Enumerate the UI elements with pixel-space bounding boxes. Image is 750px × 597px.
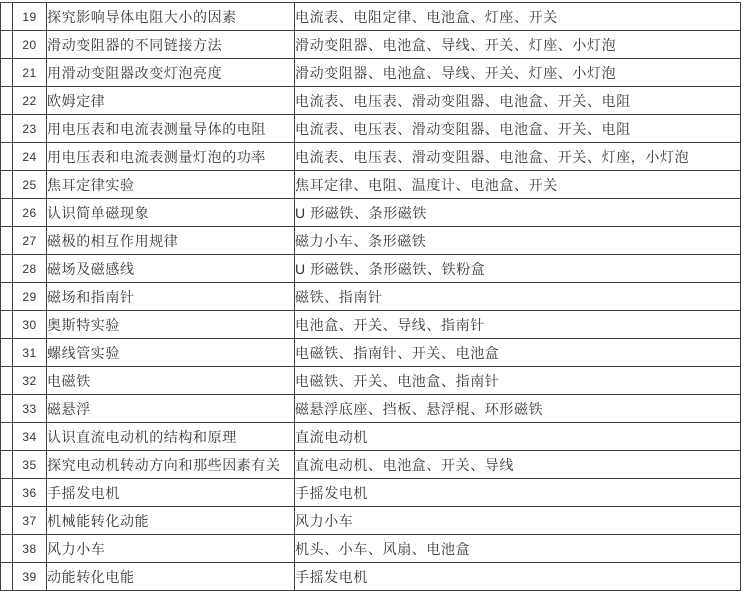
table-row: 28磁场及磁感线U 形磁铁、条形磁铁、铁粉盒 (1, 255, 741, 283)
equipment-list-cell: 磁铁、指南针 (295, 283, 741, 311)
equipment-list-cell: U 形磁铁、条形磁铁、铁粉盒 (295, 255, 741, 283)
experiment-name-cell: 风力小车 (47, 535, 295, 563)
row-number-cell: 29 (13, 283, 47, 311)
table-row: 20滑动变阻器的不同链接方法滑动变阻器、电池盒、导线、开关、灯座、小灯泡 (1, 31, 741, 59)
table-row: 23用电压表和电流表测量导体的电阻电流表、电压表、滑动变阻器、电池盒、开关、电阻 (1, 115, 741, 143)
row-number-cell: 23 (13, 115, 47, 143)
row-number-cell: 26 (13, 199, 47, 227)
table-row: 19探究影响导体电阻大小的因素电流表、电阻定律、电池盒、灯座、开关 (1, 3, 741, 31)
equipment-list-cell: 电磁铁、开关、电池盒、指南针 (295, 367, 741, 395)
equipment-list-cell: 滑动变阻器、电池盒、导线、开关、灯座、小灯泡 (295, 31, 741, 59)
experiment-name-cell: 焦耳定律实验 (47, 171, 295, 199)
equipment-list-cell: 焦耳定律、电阻、温度计、电池盒、开关 (295, 171, 741, 199)
experiment-name-cell: 磁场和指南针 (47, 283, 295, 311)
row-number-cell: 20 (13, 31, 47, 59)
table-row: 21用滑动变阻器改变灯泡亮度滑动变阻器、电池盒、导线、开关、灯座、小灯泡 (1, 59, 741, 87)
experiment-name-cell: 螺线管实验 (47, 339, 295, 367)
table-row: 38风力小车机头、小车、风扇、电池盒 (1, 535, 741, 563)
cropped-left-cell (1, 283, 13, 311)
cropped-left-cell (1, 451, 13, 479)
cropped-left-cell (1, 255, 13, 283)
row-number-cell: 34 (13, 423, 47, 451)
experiment-name-cell: 用电压表和电流表测量导体的电阻 (47, 115, 295, 143)
cropped-left-cell (1, 507, 13, 535)
equipment-list-cell: 磁悬浮底座、挡板、悬浮棍、环形磁铁 (295, 395, 741, 423)
row-number-cell: 33 (13, 395, 47, 423)
equipment-list-cell: 电流表、电压表、滑动变阻器、电池盒、开关、电阻 (295, 115, 741, 143)
table-row: 32电磁铁电磁铁、开关、电池盒、指南针 (1, 367, 741, 395)
row-number-cell: 22 (13, 87, 47, 115)
table-row: 36手摇发电机手摇发电机 (1, 479, 741, 507)
experiment-name-cell: 探究影响导体电阻大小的因素 (47, 3, 295, 31)
experiment-name-cell: 认识直流电动机的结构和原理 (47, 423, 295, 451)
row-number-cell: 36 (13, 479, 47, 507)
row-number-cell: 30 (13, 311, 47, 339)
equipment-list-cell: 手摇发电机 (295, 479, 741, 507)
table-row: 35探究电动机转动方向和那些因素有关直流电动机、电池盒、开关、导线 (1, 451, 741, 479)
table-row: 29磁场和指南针磁铁、指南针 (1, 283, 741, 311)
cropped-left-cell (1, 143, 13, 171)
equipment-list-cell: 滑动变阻器、电池盒、导线、开关、灯座、小灯泡 (295, 59, 741, 87)
row-number-cell: 27 (13, 227, 47, 255)
cropped-left-cell (1, 59, 13, 87)
equipment-list-cell: 手摇发电机 (295, 563, 741, 591)
experiment-name-cell: 电磁铁 (47, 367, 295, 395)
experiment-name-cell: 探究电动机转动方向和那些因素有关 (47, 451, 295, 479)
row-number-cell: 32 (13, 367, 47, 395)
cropped-left-cell (1, 115, 13, 143)
equipment-list-cell: 电流表、电阻定律、电池盒、灯座、开关 (295, 3, 741, 31)
equipment-list-cell: 电磁铁、指南针、开关、电池盒 (295, 339, 741, 367)
equipment-list-cell: U 形磁铁、条形磁铁 (295, 199, 741, 227)
table-row: 24用电压表和电流表测量灯泡的功率电流表、电压表、滑动变阻器、电池盒、开关、灯座… (1, 143, 741, 171)
experiment-name-cell: 欧姆定律 (47, 87, 295, 115)
cropped-left-cell (1, 535, 13, 563)
table-row: 37机械能转化动能风力小车 (1, 507, 741, 535)
row-number-cell: 38 (13, 535, 47, 563)
table-row: 25焦耳定律实验焦耳定律、电阻、温度计、电池盒、开关 (1, 171, 741, 199)
table-row: 22欧姆定律电流表、电压表、滑动变阻器、电池盒、开关、电阻 (1, 87, 741, 115)
cropped-left-cell (1, 311, 13, 339)
experiment-name-cell: 动能转化电能 (47, 563, 295, 591)
row-number-cell: 24 (13, 143, 47, 171)
row-number-cell: 39 (13, 563, 47, 591)
table-row: 33磁悬浮磁悬浮底座、挡板、悬浮棍、环形磁铁 (1, 395, 741, 423)
equipment-list-cell: 电流表、电压表、滑动变阻器、电池盒、开关、灯座，小灯泡 (295, 143, 741, 171)
table-row: 26认识简单磁现象U 形磁铁、条形磁铁 (1, 199, 741, 227)
cropped-left-cell (1, 31, 13, 59)
cropped-left-cell (1, 3, 13, 31)
cropped-left-cell (1, 227, 13, 255)
experiment-name-cell: 滑动变阻器的不同链接方法 (47, 31, 295, 59)
table-row: 39动能转化电能手摇发电机 (1, 563, 741, 591)
row-number-cell: 25 (13, 171, 47, 199)
equipment-list-cell: 电池盒、开关、导线、指南针 (295, 311, 741, 339)
cropped-left-cell (1, 563, 13, 591)
experiment-name-cell: 手摇发电机 (47, 479, 295, 507)
cropped-left-cell (1, 395, 13, 423)
row-number-cell: 31 (13, 339, 47, 367)
experiment-name-cell: 用滑动变阻器改变灯泡亮度 (47, 59, 295, 87)
cropped-left-cell (1, 199, 13, 227)
cropped-left-cell (1, 479, 13, 507)
cropped-left-cell (1, 87, 13, 115)
equipment-list-cell: 电流表、电压表、滑动变阻器、电池盒、开关、电阻 (295, 87, 741, 115)
row-number-cell: 28 (13, 255, 47, 283)
equipment-list-cell: 磁力小车、条形磁铁 (295, 227, 741, 255)
experiment-name-cell: 用电压表和电流表测量灯泡的功率 (47, 143, 295, 171)
cropped-left-cell (1, 171, 13, 199)
cropped-left-cell (1, 339, 13, 367)
table-row: 30奥斯特实验电池盒、开关、导线、指南针 (1, 311, 741, 339)
experiment-name-cell: 磁悬浮 (47, 395, 295, 423)
experiment-name-cell: 认识简单磁现象 (47, 199, 295, 227)
row-number-cell: 35 (13, 451, 47, 479)
equipment-list-cell: 风力小车 (295, 507, 741, 535)
row-number-cell: 19 (13, 3, 47, 31)
table-row: 34认识直流电动机的结构和原理直流电动机 (1, 423, 741, 451)
experiment-name-cell: 奥斯特实验 (47, 311, 295, 339)
experiment-name-cell: 磁场及磁感线 (47, 255, 295, 283)
experiment-table: 19探究影响导体电阻大小的因素电流表、电阻定律、电池盒、灯座、开关20滑动变阻器… (0, 2, 741, 591)
experiment-name-cell: 机械能转化动能 (47, 507, 295, 535)
table-row: 27磁极的相互作用规律磁力小车、条形磁铁 (1, 227, 741, 255)
equipment-list-cell: 机头、小车、风扇、电池盒 (295, 535, 741, 563)
cropped-left-cell (1, 423, 13, 451)
cropped-left-cell (1, 367, 13, 395)
equipment-list-cell: 直流电动机、电池盒、开关、导线 (295, 451, 741, 479)
row-number-cell: 37 (13, 507, 47, 535)
equipment-list-cell: 直流电动机 (295, 423, 741, 451)
experiment-name-cell: 磁极的相互作用规律 (47, 227, 295, 255)
row-number-cell: 21 (13, 59, 47, 87)
table-row: 31螺线管实验电磁铁、指南针、开关、电池盒 (1, 339, 741, 367)
table-body: 19探究影响导体电阻大小的因素电流表、电阻定律、电池盒、灯座、开关20滑动变阻器… (1, 3, 741, 591)
